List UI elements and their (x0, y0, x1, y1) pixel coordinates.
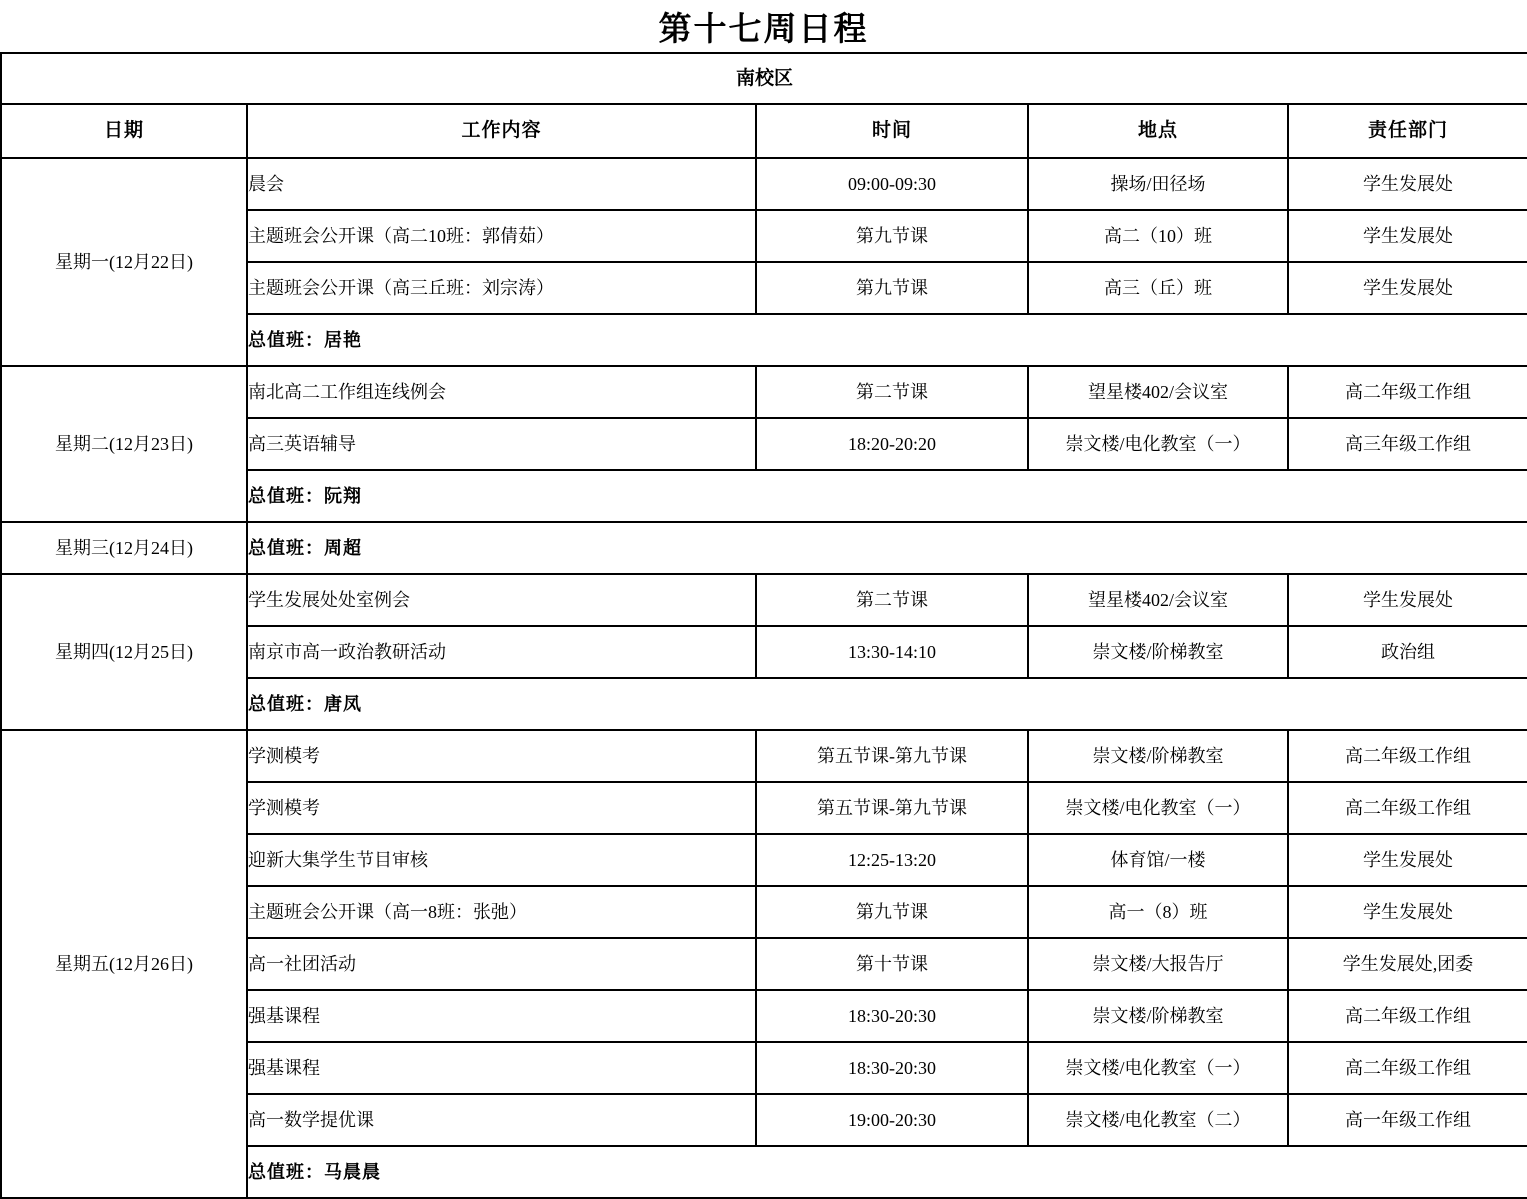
activity-time-cell: 第二节课 (756, 574, 1028, 626)
activity-time-cell: 第九节课 (756, 262, 1028, 314)
activity-location-cell: 崇文楼/大报告厅 (1028, 938, 1288, 990)
activity-content-cell: 高一社团活动 (247, 938, 756, 990)
activity-location-cell: 崇文楼/阶梯教室 (1028, 990, 1288, 1042)
duty-cell-thursday: 总值班：唐凤 (247, 678, 1527, 730)
duty-cell-monday: 总值班：居艳 (247, 314, 1527, 366)
activity-location-cell: 望星楼402/会议室 (1028, 366, 1288, 418)
activity-time-cell: 第五节课-第九节课 (756, 730, 1028, 782)
activity-content-cell: 南京市高一政治教研活动 (247, 626, 756, 678)
activity-department-cell: 高一年级工作组 (1288, 1094, 1527, 1146)
col-header-date: 日期 (1, 104, 247, 158)
activity-content-cell: 高三英语辅导 (247, 418, 756, 470)
activity-content-cell: 晨会 (247, 158, 756, 210)
activity-content-cell: 主题班会公开课（高三丘班：刘宗涛） (247, 262, 756, 314)
col-header-time: 时间 (756, 104, 1028, 158)
activity-location-cell: 崇文楼/电化教室（一） (1028, 782, 1288, 834)
activity-department-cell: 学生发展处 (1288, 834, 1527, 886)
campus-row: 南校区 (1, 53, 1527, 104)
activity-content-cell: 学生发展处处室例会 (247, 574, 756, 626)
day-cell-friday: 星期五(12月26日) (1, 730, 247, 1198)
activity-location-cell: 崇文楼/电化教室（一） (1028, 418, 1288, 470)
activity-location-cell: 操场/田径场 (1028, 158, 1288, 210)
activity-content-cell: 强基课程 (247, 990, 756, 1042)
day-cell-tuesday: 星期二(12月23日) (1, 366, 247, 522)
activity-time-cell: 第十节课 (756, 938, 1028, 990)
day-cell-monday: 星期一(12月22日) (1, 158, 247, 366)
activity-content-cell: 南北高二工作组连线例会 (247, 366, 756, 418)
activity-department-cell: 高三年级工作组 (1288, 418, 1527, 470)
table-row: 星期二(12月23日) 南北高二工作组连线例会 第二节课 望星楼402/会议室 … (1, 366, 1527, 418)
day-cell-thursday: 星期四(12月25日) (1, 574, 247, 730)
activity-time-cell: 12:25-13:20 (756, 834, 1028, 886)
activity-department-cell: 高二年级工作组 (1288, 730, 1527, 782)
activity-department-cell: 政治组 (1288, 626, 1527, 678)
activity-content-cell: 主题班会公开课（高二10班：郭倩茹） (247, 210, 756, 262)
activity-content-cell: 迎新大集学生节目审核 (247, 834, 756, 886)
activity-department-cell: 学生发展处 (1288, 262, 1527, 314)
activity-content-cell: 学测模考 (247, 730, 756, 782)
activity-department-cell: 高二年级工作组 (1288, 366, 1527, 418)
activity-location-cell: 望星楼402/会议室 (1028, 574, 1288, 626)
activity-location-cell: 崇文楼/阶梯教室 (1028, 730, 1288, 782)
activity-content-cell: 高一数学提优课 (247, 1094, 756, 1146)
activity-location-cell: 高一（8）班 (1028, 886, 1288, 938)
activity-time-cell: 18:30-20:30 (756, 990, 1028, 1042)
activity-department-cell: 学生发展处,团委 (1288, 938, 1527, 990)
activity-location-cell: 崇文楼/阶梯教室 (1028, 626, 1288, 678)
activity-department-cell: 高二年级工作组 (1288, 1042, 1527, 1094)
activity-department-cell: 学生发展处 (1288, 210, 1527, 262)
activity-time-cell: 18:20-20:20 (756, 418, 1028, 470)
campus-header: 南校区 (1, 53, 1527, 104)
table-row: 星期一(12月22日) 晨会 09:00-09:30 操场/田径场 学生发展处 (1, 158, 1527, 210)
activity-time-cell: 第二节课 (756, 366, 1028, 418)
activity-location-cell: 崇文楼/电化教室（二） (1028, 1094, 1288, 1146)
activity-time-cell: 第九节课 (756, 886, 1028, 938)
column-header-row: 日期 工作内容 时间 地点 责任部门 (1, 104, 1527, 158)
duty-cell-tuesday: 总值班：阮翔 (247, 470, 1527, 522)
activity-location-cell: 体育馆/一楼 (1028, 834, 1288, 886)
activity-time-cell: 19:00-20:30 (756, 1094, 1028, 1146)
activity-department-cell: 高二年级工作组 (1288, 782, 1527, 834)
activity-location-cell: 崇文楼/电化教室（一） (1028, 1042, 1288, 1094)
col-header-location: 地点 (1028, 104, 1288, 158)
col-header-department: 责任部门 (1288, 104, 1527, 158)
page-title: 第十七周日程 (0, 0, 1527, 52)
activity-content-cell: 主题班会公开课（高一8班：张弛） (247, 886, 756, 938)
day-cell-wednesday: 星期三(12月24日) (1, 522, 247, 574)
table-row: 星期四(12月25日) 学生发展处处室例会 第二节课 望星楼402/会议室 学生… (1, 574, 1527, 626)
activity-department-cell: 学生发展处 (1288, 574, 1527, 626)
schedule-sheet: 第十七周日程 南校区 日期 工作内容 时间 地点 责任部门 星期一(12月 (0, 0, 1527, 1198)
col-header-content: 工作内容 (247, 104, 756, 158)
schedule-table: 南校区 日期 工作内容 时间 地点 责任部门 星期一(12月22日) 晨会 09… (0, 52, 1527, 1199)
activity-time-cell: 第九节课 (756, 210, 1028, 262)
activity-content-cell: 强基课程 (247, 1042, 756, 1094)
duty-cell-wednesday: 总值班：周超 (247, 522, 1527, 574)
duty-cell-friday: 总值班：马晨晨 (247, 1146, 1527, 1198)
activity-time-cell: 13:30-14:10 (756, 626, 1028, 678)
activity-time-cell: 第五节课-第九节课 (756, 782, 1028, 834)
activity-content-cell: 学测模考 (247, 782, 756, 834)
activity-location-cell: 高二（10）班 (1028, 210, 1288, 262)
table-row: 星期三(12月24日) 总值班：周超 (1, 522, 1527, 574)
activity-department-cell: 高二年级工作组 (1288, 990, 1527, 1042)
activity-location-cell: 高三（丘）班 (1028, 262, 1288, 314)
activity-department-cell: 学生发展处 (1288, 158, 1527, 210)
activity-time-cell: 18:30-20:30 (756, 1042, 1028, 1094)
activity-time-cell: 09:00-09:30 (756, 158, 1028, 210)
activity-department-cell: 学生发展处 (1288, 886, 1527, 938)
table-row: 星期五(12月26日) 学测模考 第五节课-第九节课 崇文楼/阶梯教室 高二年级… (1, 730, 1527, 782)
